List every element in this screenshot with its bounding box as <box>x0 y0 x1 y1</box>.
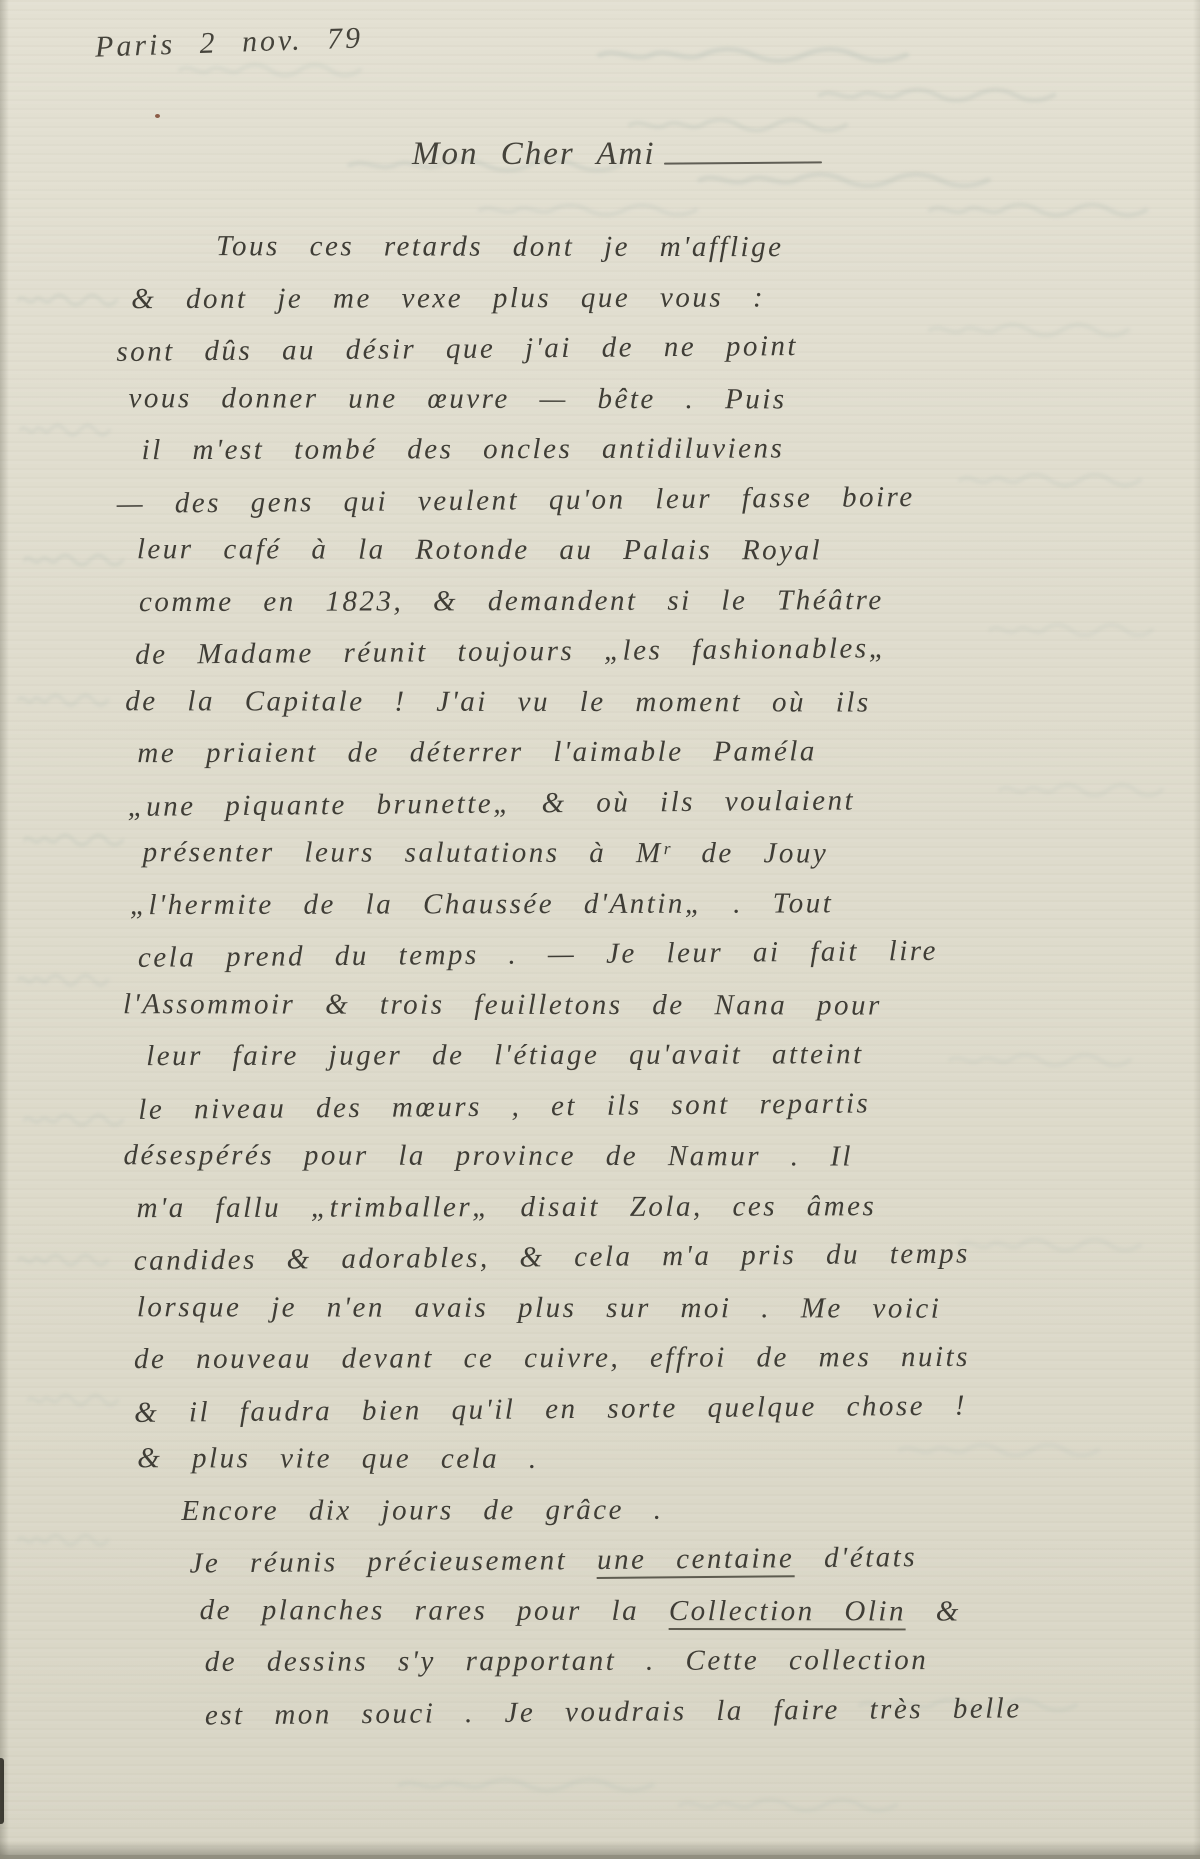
edge-ink-mark <box>0 1758 4 1824</box>
line-text: Je réunis précieusement <box>189 1544 597 1580</box>
letter-line: leur faire juger de l'étiage qu'avait at… <box>146 1029 1020 1082</box>
letter-line: l'Assommoir & trois feuilletons de Nana … <box>123 979 1020 1031</box>
letter-line: de planches rares pour la Collection Oli… <box>200 1585 1022 1637</box>
letter-line: le niveau des mœurs , et ils sont repart… <box>138 1077 1020 1135</box>
line-text-underlined: Collection Olin <box>669 1594 906 1629</box>
letter-line: de la Capitale ! J'ai vu le moment où il… <box>125 676 1019 728</box>
line-text: le niveau des mœurs , et ils sont repart… <box>138 1087 870 1125</box>
letter-line: il m'est tombé des oncles antidiluviens <box>142 423 1019 476</box>
line-text: de la Capitale ! J'ai vu le moment où il… <box>125 685 870 718</box>
line-text: & dont je me vexe plus que vous : <box>131 281 765 315</box>
line-text: de Madame réunit toujours „les fashionab… <box>135 632 887 671</box>
letter-line: présenter leurs salutations à Mʳ de Jouy <box>143 827 1020 879</box>
letter-line: & dont je me vexe plus que vous : <box>131 271 1018 324</box>
letter-line: lorsque je n'en avais plus sur moi . Me … <box>137 1282 1021 1334</box>
line-text: lorsque je n'en avais plus sur moi . Me … <box>137 1291 942 1324</box>
letter-line: désespérés pour la province de Namur . I… <box>123 1130 1020 1182</box>
letter-line: & il faudra bien qu'il en sorte quelque … <box>134 1380 1021 1438</box>
line-text-underlined: une centaine <box>597 1542 795 1579</box>
line-text: sont dûs au désir que j'ai de ne point <box>116 330 798 368</box>
letter-line: „une piquante brunette„ & où ils voulaie… <box>127 774 1019 832</box>
line-text: est mon souci . Je voudrais la faire trè… <box>205 1692 1022 1731</box>
line-text-after: d'états <box>794 1541 917 1574</box>
line-text: désespérés pour la province de Namur . I… <box>123 1139 853 1172</box>
salutation-text: Mon Cher Ami <box>412 136 656 172</box>
line-text: de nouveau devant ce cuivre, effroi de m… <box>134 1341 970 1375</box>
letter-line: de Madame réunit toujours „les fashionab… <box>135 622 1019 680</box>
letter-line: comme en 1823, & demandent si le Théâtre <box>139 574 1019 627</box>
line-text: leur café à la Rotonde au Palais Royal <box>137 533 822 566</box>
line-text: candides & adorables, & cela m'a pris du… <box>134 1238 970 1277</box>
line-text: me priaient de déterrer l'aimable Paméla <box>137 735 817 769</box>
line-text: leur faire juger de l'étiage qu'avait at… <box>146 1038 863 1072</box>
letter-line: de dessins s'y rapportant . Cette collec… <box>205 1635 1022 1688</box>
line-text: de dessins s'y rapportant . Cette collec… <box>205 1644 929 1678</box>
line-text: présenter leurs salutations à Mʳ de Jouy <box>143 836 829 869</box>
letter-line: leur café à la Rotonde au Palais Royal <box>137 524 1019 576</box>
letter-line: „l'hermite de la Chaussée d'Antin„ . Tou… <box>130 877 1020 930</box>
letter-line: candides & adorables, & cela m'a pris du… <box>134 1228 1021 1286</box>
letter-line: est mon souci . Je voudrais la faire trè… <box>205 1683 1022 1741</box>
letter-page: Paris 2 nov. 79 Mon Cher Ami Tous ces re… <box>0 0 1200 1859</box>
letter-line: sont dûs au désir que j'ai de ne point <box>116 319 1018 377</box>
line-text: Encore dix jours de grâce . <box>181 1493 663 1526</box>
line-text: m'a fallu „trimballer„ disait Zola, ces … <box>137 1190 877 1224</box>
line-text: vous donner une œuvre — bête . Puis <box>128 382 786 415</box>
line-text: l'Assommoir & trois feuilletons de Nana … <box>123 988 882 1021</box>
line-text: il m'est tombé des oncles antidiluviens <box>142 432 785 466</box>
paper-speck <box>155 114 160 118</box>
line-text: Tous ces retards dont je m'afflige <box>216 230 783 263</box>
letter-line: Encore dix jours de grâce . <box>181 1483 1021 1536</box>
letter-line: & plus vite que cela . <box>137 1433 1021 1485</box>
line-text: — des gens qui veulent qu'on leur fasse … <box>117 480 915 519</box>
letter-line: vous donner une œuvre — bête . Puis <box>128 373 1018 425</box>
letter-line: me priaient de déterrer l'aimable Paméla <box>137 726 1019 779</box>
letter-line: de nouveau devant ce cuivre, effroi de m… <box>134 1332 1021 1385</box>
letter-body: Tous ces retards dont je m'afflige & don… <box>116 221 1022 1738</box>
line-text: de planches rares pour la <box>200 1594 669 1627</box>
line-text: comme en 1823, & demandent si le Théâtre <box>139 584 884 618</box>
letter-salutation: Mon Cher Ami <box>412 136 822 173</box>
line-text: cela prend du temps . — Je leur ai fait … <box>138 935 938 974</box>
line-text: „une piquante brunette„ & où ils voulaie… <box>127 784 855 822</box>
letter-line: — des gens qui veulent qu'on leur fasse … <box>117 471 1019 529</box>
line-text-after: & <box>906 1595 961 1627</box>
letter-line: m'a fallu „trimballer„ disait Zola, ces … <box>137 1180 1021 1233</box>
line-text: „l'hermite de la Chaussée d'Antin„ . Tou… <box>130 887 834 921</box>
letter-line: cela prend du temps . — Je leur ai fait … <box>138 925 1020 983</box>
letter-line: Tous ces retards dont je m'afflige <box>216 221 1018 273</box>
line-text: & il faudra bien qu'il en sorte quelque … <box>134 1389 967 1428</box>
salutation-flourish <box>664 162 822 165</box>
line-text: & plus vite que cela . <box>137 1442 538 1475</box>
letter-line: Je réunis précieusement une centaine d'é… <box>189 1531 1021 1589</box>
